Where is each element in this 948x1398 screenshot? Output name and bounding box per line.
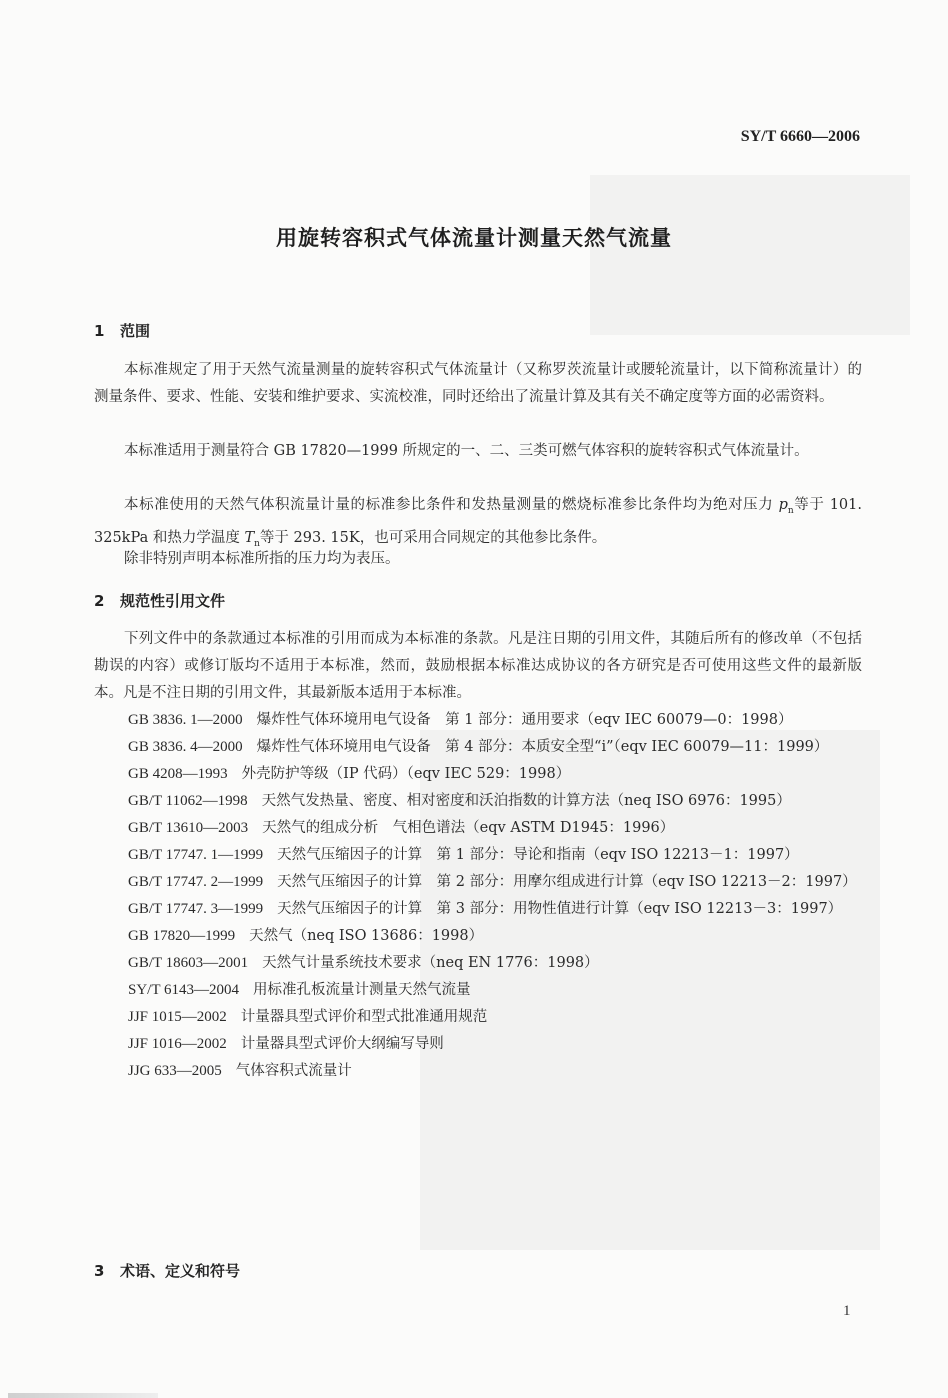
reference-code: JJG 633—2005	[128, 1058, 222, 1085]
reference-item: GB/T 13610—2003天然气的组成分析 气相色谱法（eqv ASTM D…	[128, 815, 864, 842]
document-title: 用旋转容积式气体流量计测量天然气流量	[0, 222, 948, 252]
reference-item: GB/T 17747. 1—1999天然气压缩因子的计算 第 1 部分：导论和指…	[128, 842, 864, 869]
reference-code: GB 3836. 1—2000	[128, 707, 243, 734]
reference-list: GB 3836. 1—2000爆炸性气体环境用电气设备 第 1 部分：通用要求（…	[128, 707, 864, 1085]
section-title: 术语、定义和符号	[120, 1262, 240, 1280]
reference-code: GB 3836. 4—2000	[128, 734, 243, 761]
reference-item: JJG 633—2005气体容积式流量计	[128, 1058, 864, 1085]
scope-paragraph-3: 除非特别声明本标准所指的压力均为表压。	[94, 546, 862, 573]
section-number: 3	[94, 1262, 120, 1280]
reference-title: 天然气的组成分析 气相色谱法（eqv ASTM D1945：1996）	[262, 815, 864, 842]
scan-edge-artifact	[8, 1393, 158, 1398]
reference-title: 计量器具型式评价和型式批准通用规范	[241, 1004, 864, 1031]
section-heading-1: 1范围	[94, 320, 150, 341]
section-title: 规范性引用文件	[120, 592, 225, 610]
reference-item: GB/T 17747. 3—1999天然气压缩因子的计算 第 3 部分：用物性值…	[128, 896, 864, 923]
reference-item: GB 3836. 4—2000爆炸性气体环境用电气设备 第 4 部分：本质安全型…	[128, 734, 864, 761]
reference-title: 天然气压缩因子的计算 第 3 部分：用物性值进行计算（eqv ISO 12213…	[277, 896, 864, 923]
reference-title: 天然气压缩因子的计算 第 2 部分：用摩尔组成进行计算（eqv ISO 1221…	[277, 869, 864, 896]
ref-cond-text: 等于 293. 15K，也可采用合同规定的其他参比条件。	[260, 530, 606, 546]
reference-item: GB/T 17747. 2—1999天然气压缩因子的计算 第 2 部分：用摩尔组…	[128, 869, 864, 896]
reference-code: GB/T 17747. 3—1999	[128, 896, 263, 923]
normative-references-intro: 下列文件中的条款通过本标准的引用而成为本标准的条款。凡是注日期的引用文件，其随后…	[94, 626, 862, 707]
reference-item: JJF 1016—2002计量器具型式评价大纲编写导则	[128, 1031, 864, 1058]
reference-code: GB 4208—1993	[128, 761, 228, 788]
section-number: 1	[94, 322, 120, 340]
reference-code: GB/T 17747. 1—1999	[128, 842, 263, 869]
temperature-symbol: T	[244, 530, 254, 546]
scope-paragraph-1: 本标准规定了用于天然气流量测量的旋转容积式气体流量计（又称罗茨流量计或腰轮流量计…	[94, 357, 862, 411]
ref-cond-text: 本标准使用的天然气体积流量计量的标准参比条件和发热量测量的燃烧标准参比条件均为绝…	[124, 497, 779, 513]
reference-title: 计量器具型式评价大纲编写导则	[241, 1031, 864, 1058]
standard-code: SY/T 6660—2006	[741, 128, 860, 146]
reference-item: GB 17820—1999天然气（neq ISO 13686：1998）	[128, 923, 864, 950]
reference-title: 天然气（neq ISO 13686：1998）	[249, 923, 864, 950]
reference-item: GB 3836. 1—2000爆炸性气体环境用电气设备 第 1 部分：通用要求（…	[128, 707, 864, 734]
reference-code: JJF 1016—2002	[128, 1031, 227, 1058]
reference-code: JJF 1015—2002	[128, 1004, 227, 1031]
scope-paragraph-2: 本标准适用于测量符合 GB 17820—1999 所规定的一、二、三类可燃气体容…	[94, 438, 862, 465]
document-page: SY/T 6660—2006 用旋转容积式气体流量计测量天然气流量 1范围 本标…	[0, 0, 948, 1398]
reference-item: SY/T 6143—2004用标准孔板流量计测量天然气流量	[128, 977, 864, 1004]
reference-code: GB/T 13610—2003	[128, 815, 248, 842]
section-number: 2	[94, 592, 120, 610]
section-heading-2: 2规范性引用文件	[94, 590, 225, 611]
reference-title: 天然气压缩因子的计算 第 1 部分：导论和指南（eqv ISO 12213－1：…	[277, 842, 864, 869]
reference-code: GB/T 18603—2001	[128, 950, 248, 977]
reference-item: GB 4208—1993外壳防护等级（IP 代码）（eqv IEC 529：19…	[128, 761, 864, 788]
section-title: 范围	[120, 322, 150, 340]
reference-code: SY/T 6143—2004	[128, 977, 239, 1004]
reference-item: JJF 1015—2002计量器具型式评价和型式批准通用规范	[128, 1004, 864, 1031]
reference-title: 天然气发热量、密度、相对密度和沃泊指数的计算方法（neq ISO 6976：19…	[262, 788, 864, 815]
reference-title: 爆炸性气体环境用电气设备 第 1 部分：通用要求（eqv IEC 60079—0…	[257, 707, 864, 734]
reference-title: 外壳防护等级（IP 代码）（eqv IEC 529：1998）	[242, 761, 864, 788]
reference-item: GB/T 18603—2001天然气计量系统技术要求（neq EN 1776：1…	[128, 950, 864, 977]
pressure-symbol: p	[779, 497, 788, 513]
reference-item: GB/T 11062—1998天然气发热量、密度、相对密度和沃泊指数的计算方法（…	[128, 788, 864, 815]
reference-title: 爆炸性气体环境用电气设备 第 4 部分：本质安全型“i”（eqv IEC 600…	[257, 734, 864, 761]
reference-code: GB 17820—1999	[128, 923, 235, 950]
reference-title: 气体容积式流量计	[236, 1058, 864, 1085]
reference-title: 用标准孔板流量计测量天然气流量	[253, 977, 864, 1004]
reference-code: GB/T 17747. 2—1999	[128, 869, 263, 896]
section-heading-3: 3术语、定义和符号	[94, 1260, 240, 1281]
page-number: 1	[843, 1303, 851, 1320]
show-through-area	[590, 175, 910, 335]
reference-title: 天然气计量系统技术要求（neq EN 1776：1998）	[262, 950, 864, 977]
reference-code: GB/T 11062—1998	[128, 788, 248, 815]
